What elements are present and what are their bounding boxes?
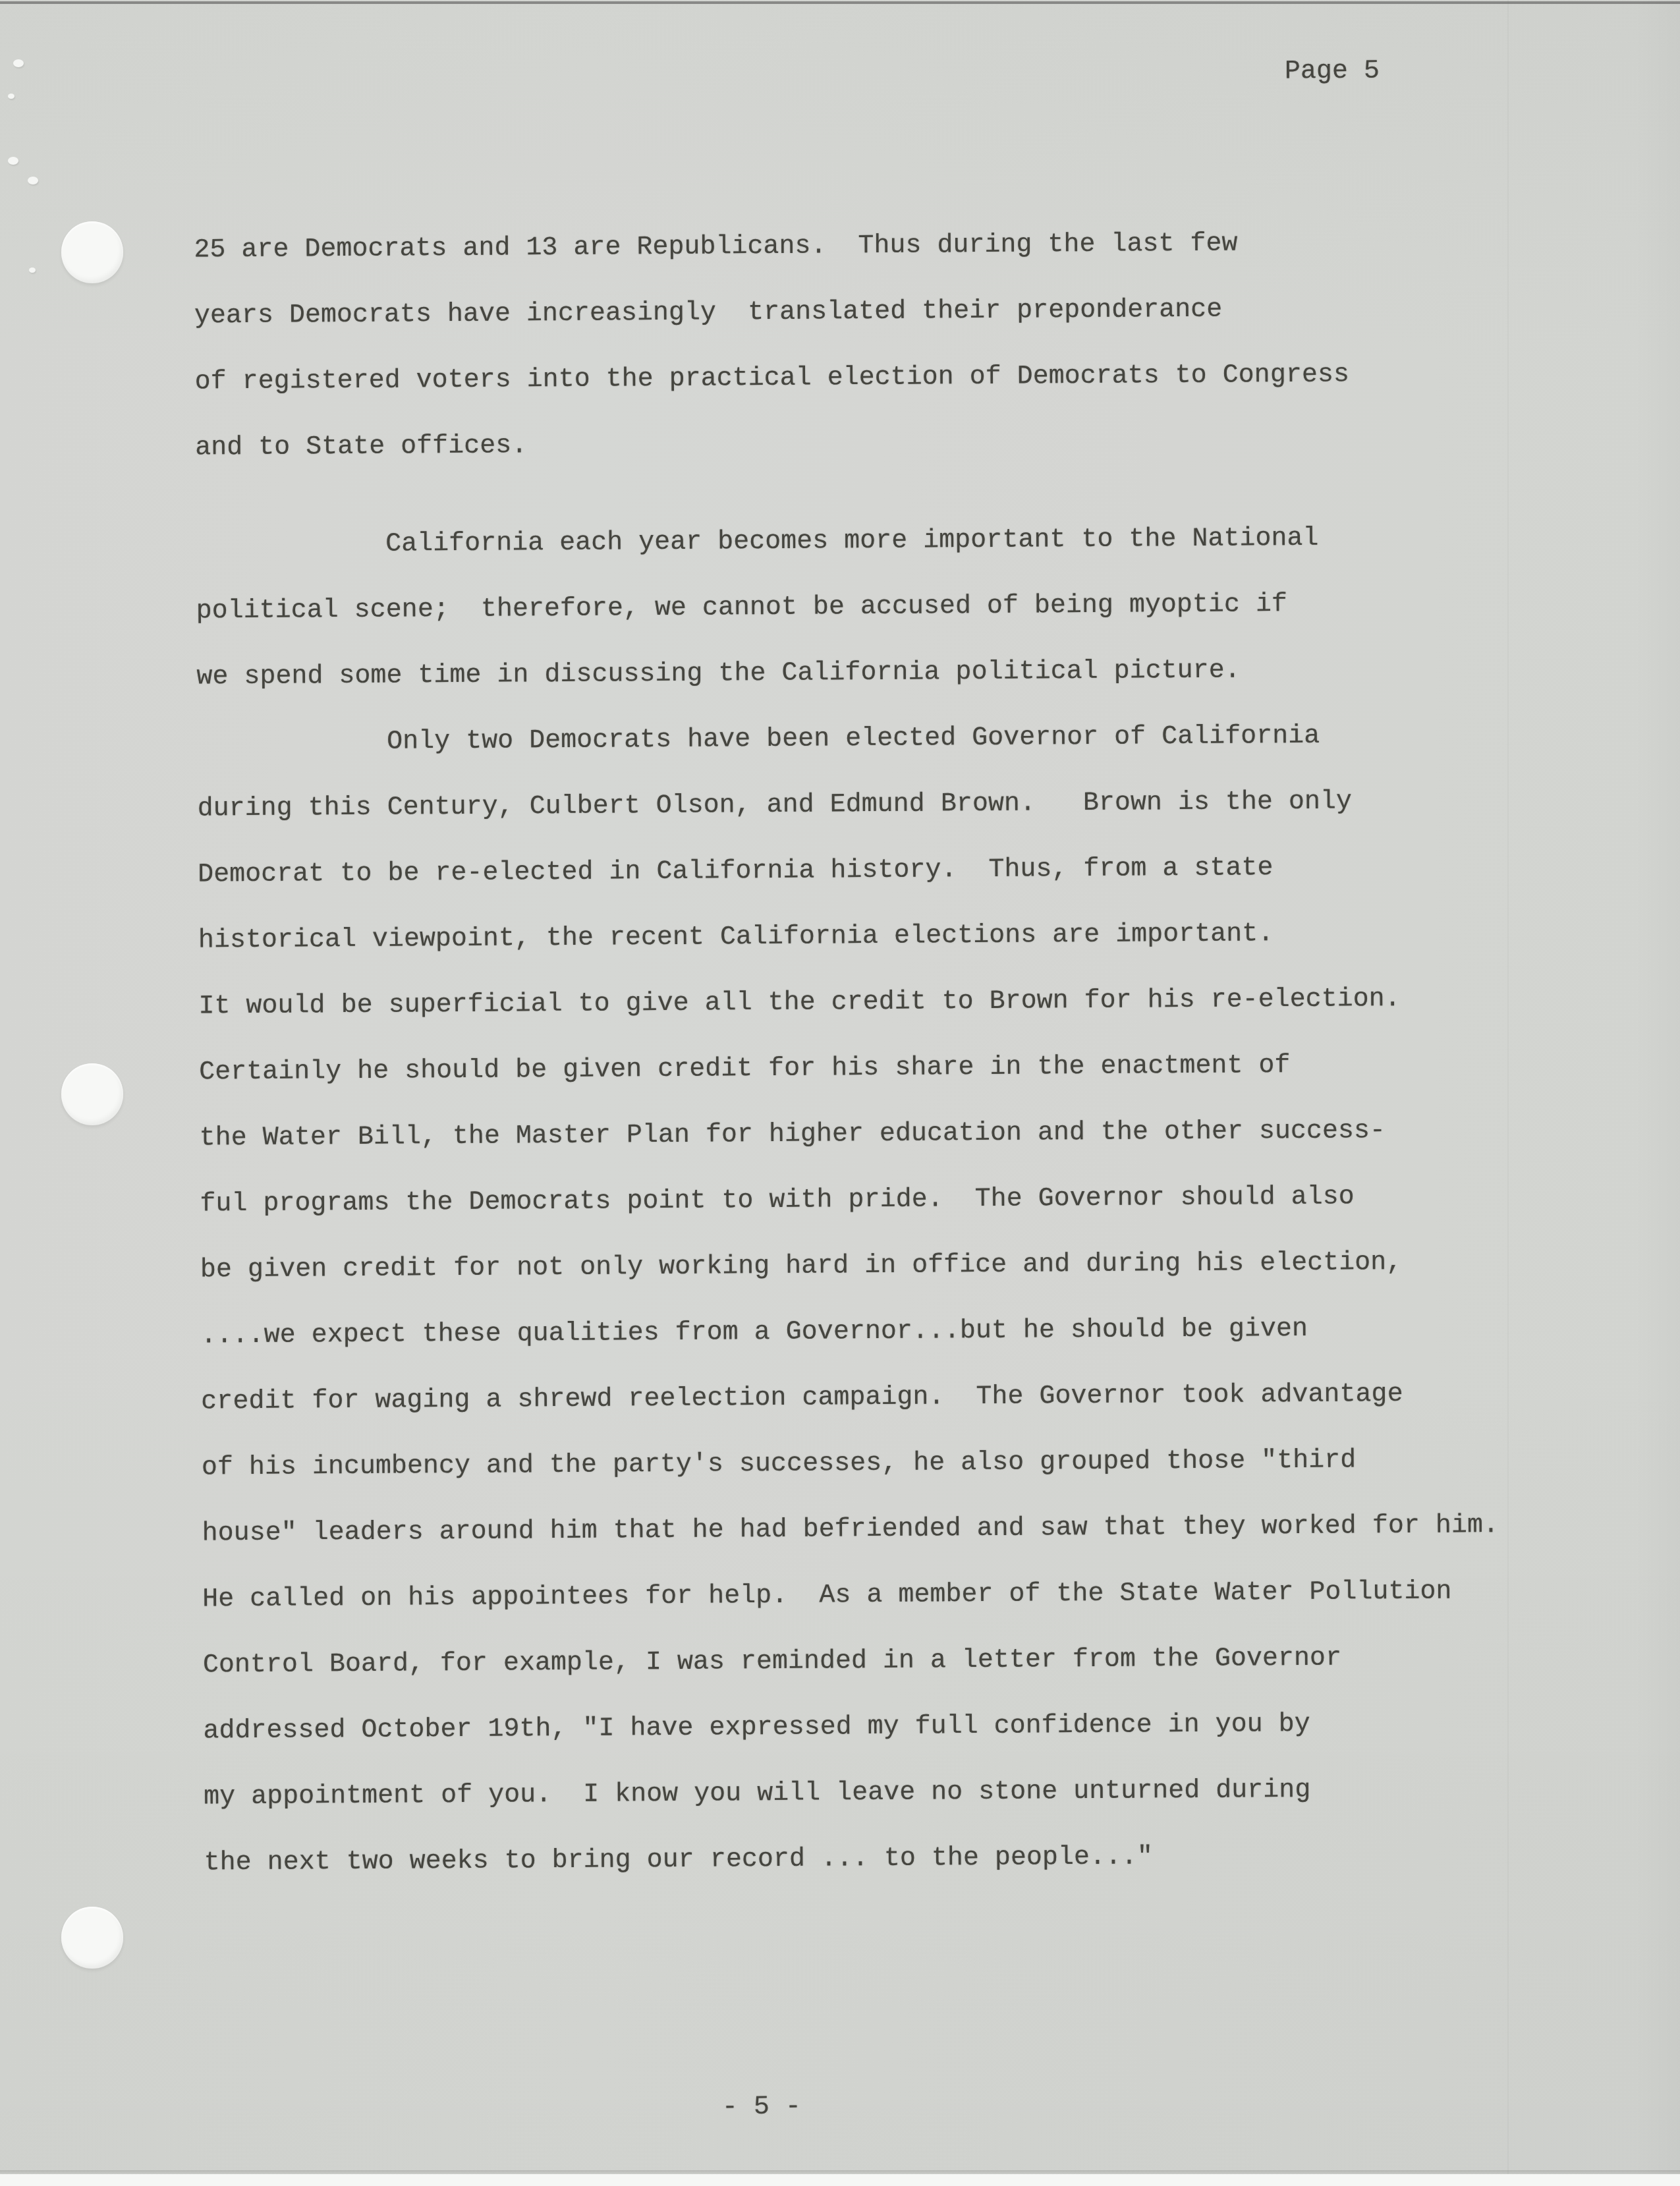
page-header-label: Page 5 <box>1285 57 1380 88</box>
hole-punch-bottom <box>61 1907 123 1969</box>
typed-body: 25 are Democrats and 13 are Republicans.… <box>194 210 1555 1897</box>
typed-line: It would be superficial to give all the … <box>198 966 1550 1040</box>
typed-line: addressed October 19th, "I have expresse… <box>203 1691 1554 1765</box>
typed-line: house" leaders around him that he had be… <box>202 1493 1553 1567</box>
typed-line: ful programs the Democrats point to with… <box>200 1163 1551 1238</box>
scan-bottom-strip <box>0 2174 1680 2186</box>
scan-top-edge-line <box>0 1 1680 4</box>
paper-dimple <box>13 59 24 67</box>
typed-line: 25 are Democrats and 13 are Republicans.… <box>194 210 1545 284</box>
paper-dimple <box>28 177 38 184</box>
typed-line: be given credit for not only working har… <box>200 1229 1552 1304</box>
typed-line: we spend some time in discussing the Cal… <box>196 636 1548 711</box>
typed-line: political scene; therefore, we cannot be… <box>196 571 1547 645</box>
typed-line: during this Century, Culbert Olson, and … <box>197 768 1548 843</box>
hole-punch-middle <box>61 1063 123 1125</box>
typed-line: ....we expect these qualities from a Gov… <box>200 1295 1552 1370</box>
typed-line: of registered voters into the practical … <box>194 341 1546 416</box>
paper-dimple <box>29 267 36 273</box>
paper-dimple <box>8 157 18 165</box>
typed-line: credit for waging a shrewd reelection ca… <box>201 1361 1552 1436</box>
typed-line: California each year becomes more import… <box>196 505 1547 579</box>
page-number-footer: - 5 - <box>722 2092 801 2123</box>
typed-line: Certainly he should be given credit for … <box>199 1032 1550 1106</box>
hole-punch-top <box>61 221 123 283</box>
scanned-typewritten-page: { "document": { "header": { "page_label"… <box>0 0 1680 2186</box>
typed-line: Only two Democrats have been elected Gov… <box>197 702 1548 777</box>
typed-line: and to State offices. <box>195 407 1546 482</box>
typed-line: Control Board, for example, I was remind… <box>203 1625 1554 1699</box>
paper-dimple <box>8 94 14 99</box>
typed-line: historical viewpoint, the recent Califor… <box>198 900 1550 974</box>
typed-line: He called on his appointees for help. As… <box>202 1559 1554 1633</box>
typed-line: of his incumbency and the party's succes… <box>202 1427 1553 1501</box>
right-edge-shading <box>1634 0 1680 2186</box>
typed-line: the Water Bill, the Master Plan for high… <box>199 1098 1550 1172</box>
typed-line: years Democrats have increasingly transl… <box>194 275 1546 350</box>
typed-line: Democrat to be re-elected in California … <box>198 834 1549 909</box>
typed-line: the next two weeks to bring our record .… <box>204 1822 1555 1897</box>
typed-line: my appointment of you. I know you will l… <box>204 1756 1555 1831</box>
